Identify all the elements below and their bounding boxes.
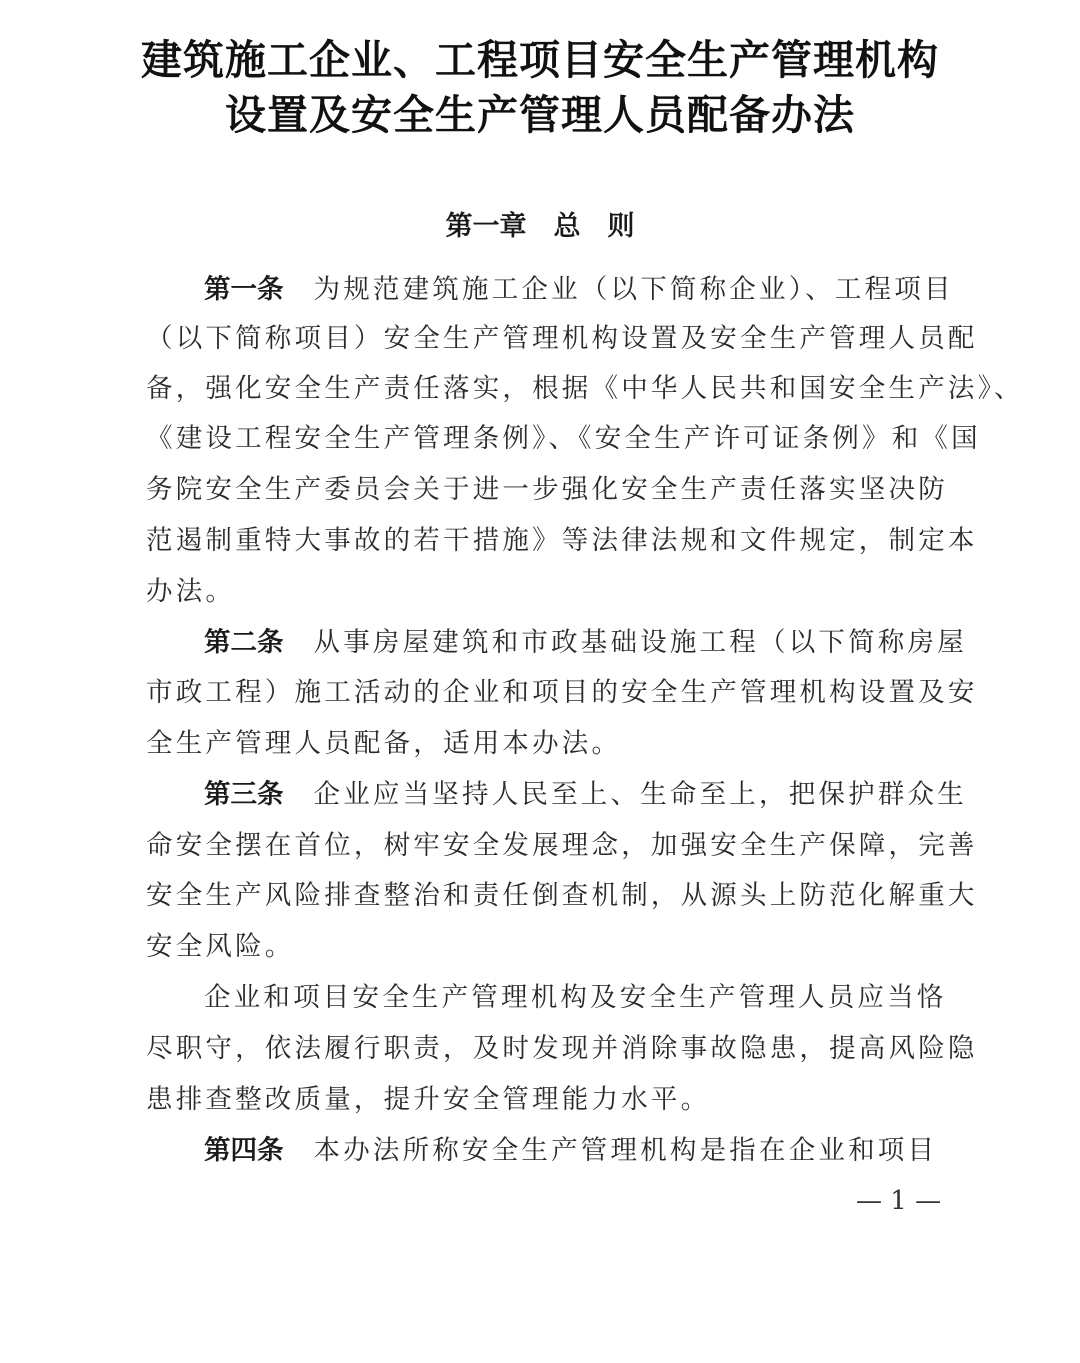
article-2-first-line: 第二条从事房屋建筑和市政基础设施工程（以下简称房屋 <box>204 625 946 661</box>
article-label: 第一条 <box>204 274 284 305</box>
article-text: 企业应当坚持人民至上、生命至上，把保护群众生 <box>314 779 967 810</box>
article-1-line: （以下简称项目）安全生产管理机构设置及安全生产管理人员配 <box>146 321 946 357</box>
article-4-first-line: 第四条本办法所称安全生产管理机构是指在企业和项目 <box>204 1133 946 1169</box>
article-1-line: 务院安全生产委员会关于进一步强化安全生产责任落实坚决防 <box>146 472 946 508</box>
article-text: 从事房屋建筑和市政基础设施工程（以下简称房屋 <box>314 627 967 658</box>
page-number: — 1 — <box>856 1186 941 1216</box>
paragraph-first-line: 企业和项目安全生产管理机构及安全生产管理人员应当恪 <box>204 980 946 1016</box>
paragraph-line: 尽职守，依法履行职责，及时发现并消除事故隐患，提高风险隐 <box>146 1031 946 1067</box>
article-3-line: 安全风险。 <box>146 929 946 965</box>
article-text: 本办法所称安全生产管理机构是指在企业和项目 <box>314 1135 938 1166</box>
article-label: 第三条 <box>204 779 284 810</box>
article-label: 第二条 <box>204 627 284 658</box>
article-1-line: 《建设工程安全生产管理条例》、《安全生产许可证条例》和《国 <box>146 421 946 457</box>
article-2-line: 全生产管理人员配备，适用本办法。 <box>146 726 946 762</box>
paragraph-line: 患排查整改质量，提升安全管理能力水平。 <box>146 1082 946 1118</box>
article-text: 为规范建筑施工企业（以下简称企业）、工程项目 <box>314 274 954 305</box>
article-2-line: 市政工程）施工活动的企业和项目的安全生产管理机构设置及安 <box>146 675 946 711</box>
article-3-line: 命安全摆在首位，树牢安全发展理念，加强安全生产保障，完善 <box>146 828 946 864</box>
article-3-line: 安全生产风险排查整治和责任倒查机制，从源头上防范化解重大 <box>146 878 946 914</box>
article-label: 第四条 <box>204 1135 284 1166</box>
article-1-first-line: 第一条为规范建筑施工企业（以下简称企业）、工程项目 <box>204 272 946 308</box>
article-1-line: 办法。 <box>146 574 946 610</box>
document-title-line-1: 建筑施工企业、工程项目安全生产管理机构 <box>0 27 1080 86</box>
document-title-line-2: 设置及安全生产管理人员配备办法 <box>0 82 1080 141</box>
article-1-line: 备，强化安全生产责任落实，根据《中华人民共和国安全生产法》、 <box>146 371 946 407</box>
article-1-line: 范遏制重特大事故的若干措施》等法律法规和文件规定，制定本 <box>146 523 946 559</box>
article-3-first-line: 第三条企业应当坚持人民至上、生命至上，把保护群众生 <box>204 777 946 813</box>
chapter-heading: 第一章 总 则 <box>0 204 1080 243</box>
